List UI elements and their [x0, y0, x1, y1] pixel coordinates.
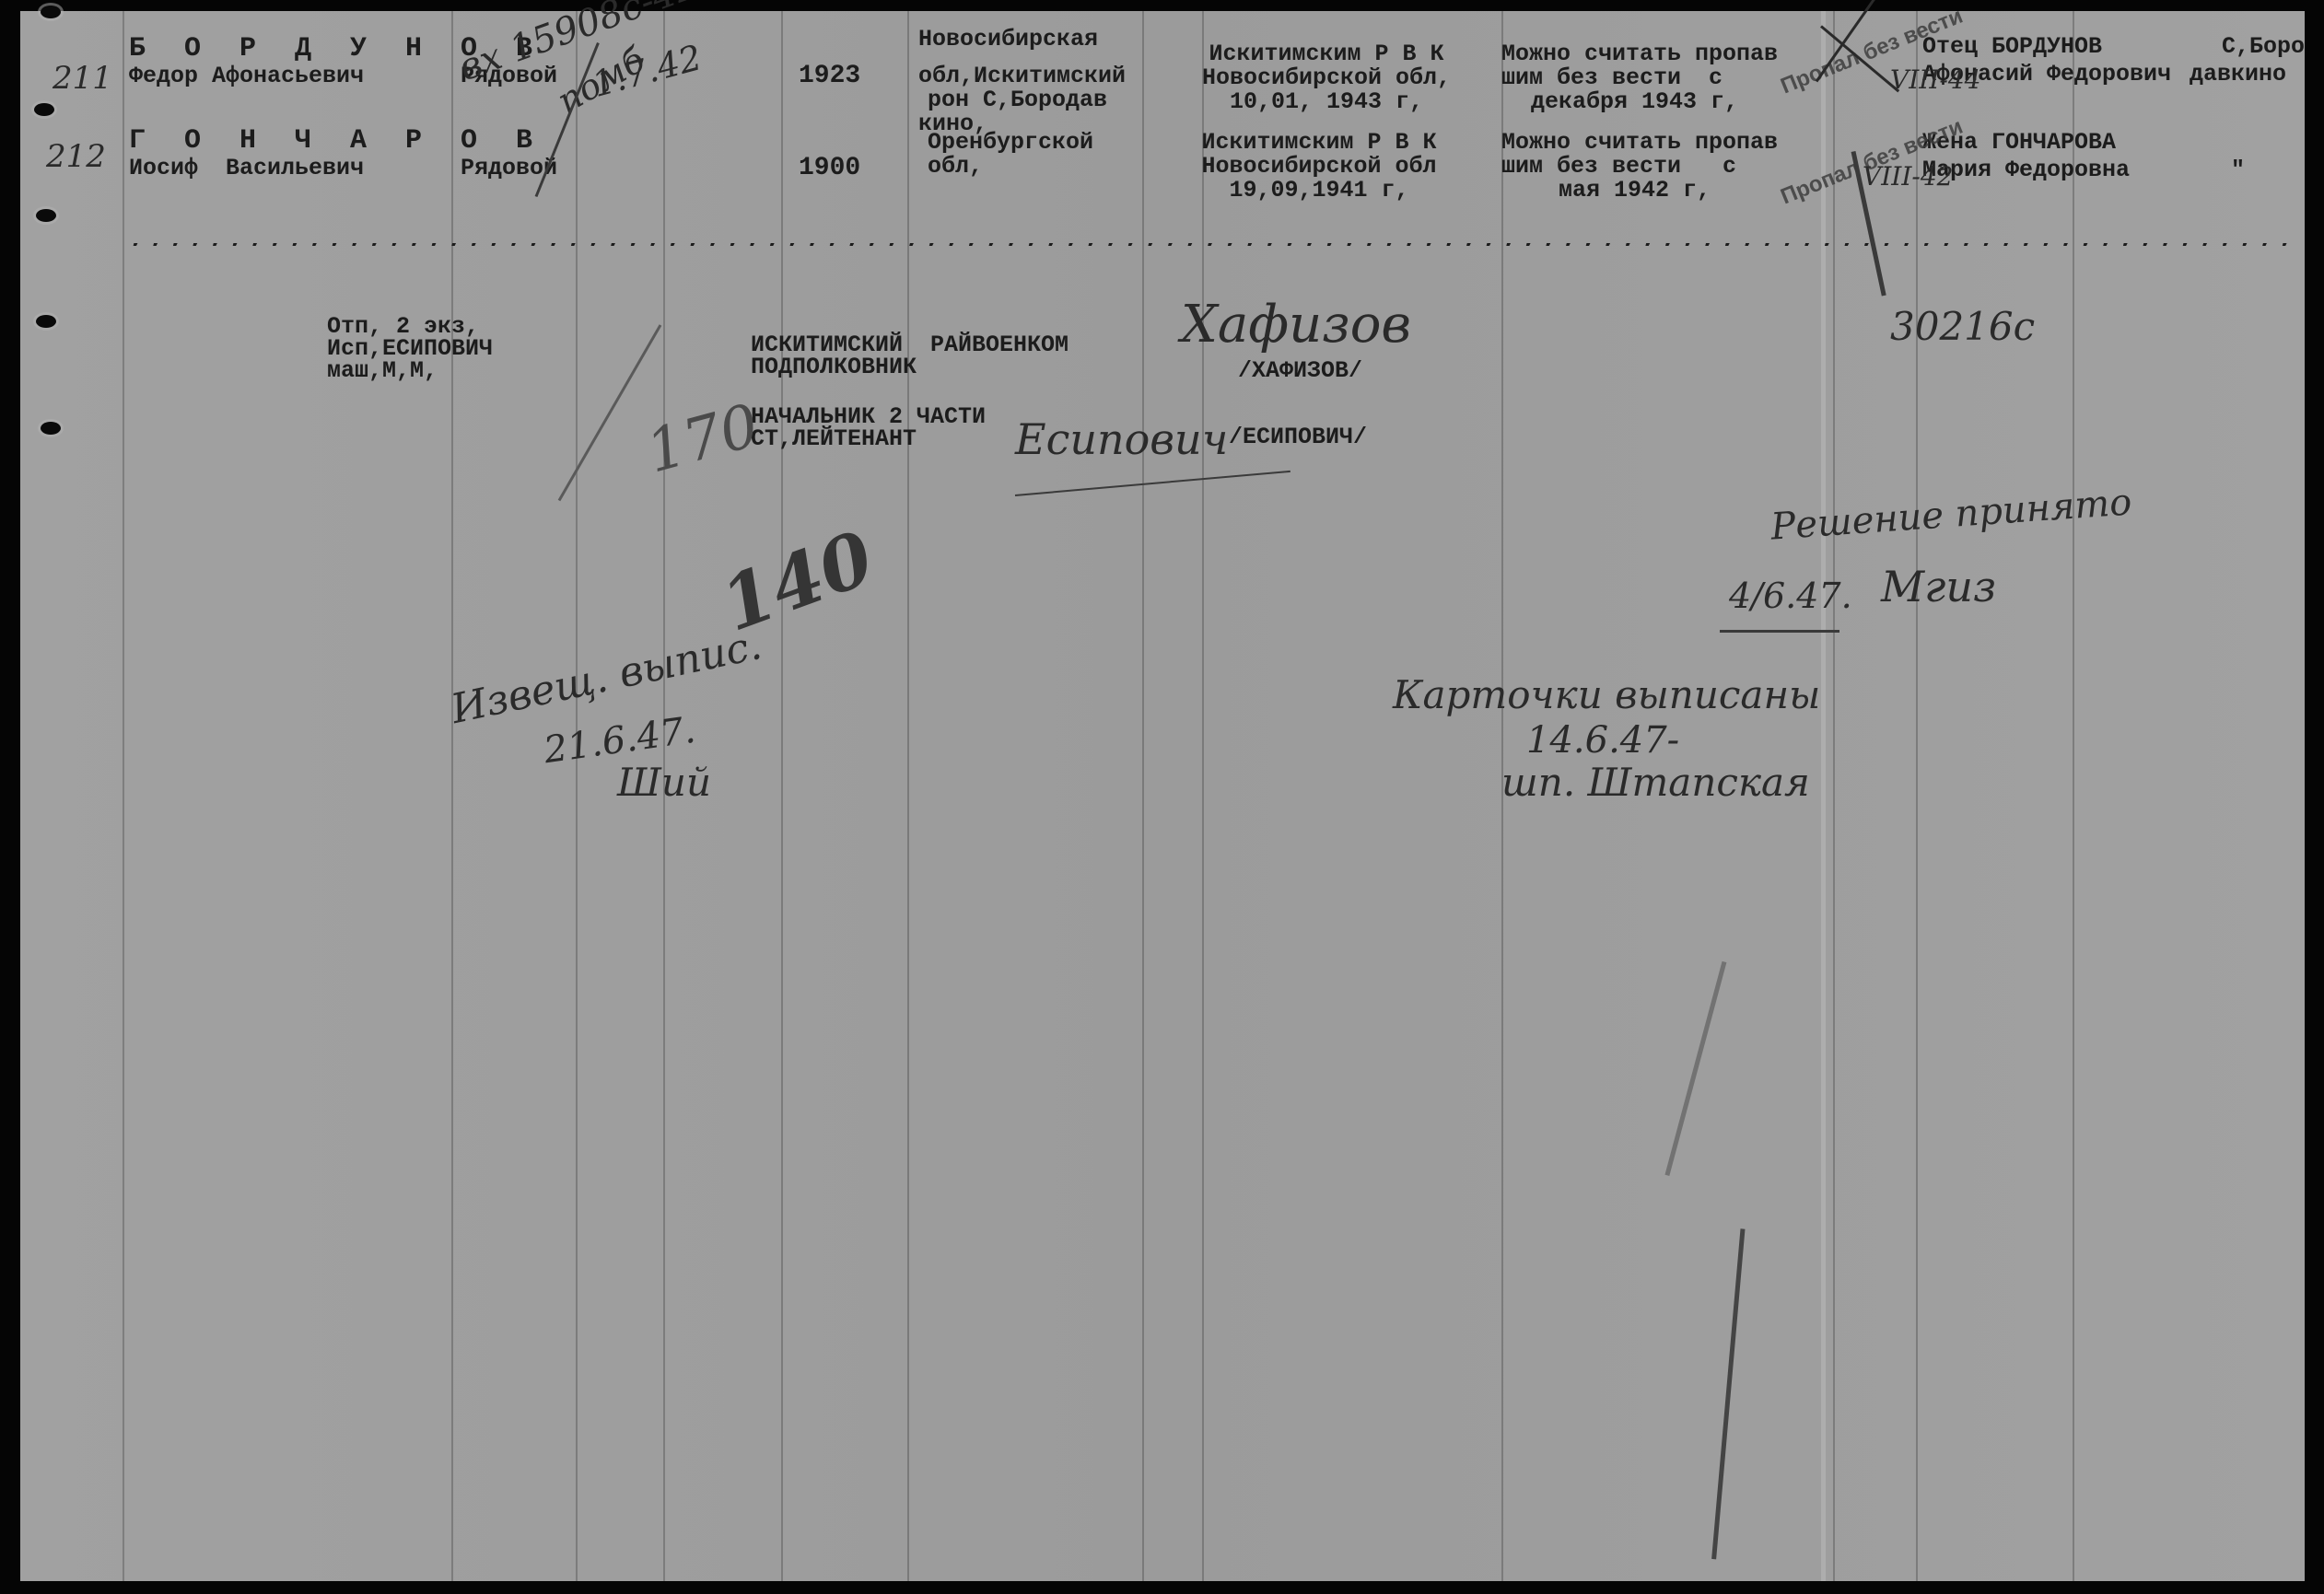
cards-line: 14.6.47- [1526, 720, 1679, 761]
relative-address: " [2231, 158, 2245, 182]
drafted-by-line: 19,09,1941 г, [1153, 179, 1485, 203]
column-rule [576, 11, 578, 1581]
signature: Есипович [1015, 416, 1228, 463]
surname: Г О Н Ч А Р О В [129, 129, 543, 153]
pencil-stroke [558, 324, 662, 501]
decision-signature: Мгиз [1881, 564, 1996, 611]
signatory-title: СТ,ЛЕЙТЕНАНТ [751, 427, 917, 451]
status-line: Можно считать пропав [1501, 131, 1778, 155]
status-line: декабря 1943 г, [1531, 90, 1738, 114]
relative-line: Отец БОРДУНОВ [1922, 35, 2102, 59]
status-line: шим без вести с [1501, 155, 1736, 179]
notice-line: Ший [617, 762, 711, 804]
notice-line: Извещ. выпис. [448, 623, 765, 733]
column-rule [1202, 11, 1204, 1581]
relative-address: С,Боро [2222, 35, 2305, 59]
column-rule [781, 11, 783, 1581]
column-rule [123, 11, 124, 1581]
given-names: Федор Афонасьевич [129, 64, 364, 88]
signature: Хафизов [1181, 297, 1411, 354]
document-page: 211 Б О Р Д У Н О В Федор Афонасьевич Ря… [20, 11, 2305, 1581]
drafted-by-line: Искитимским Р В К [1161, 42, 1492, 66]
copies-line: маш,М,М, [327, 359, 438, 383]
signatory-name: /ЕСИПОВИЧ/ [1229, 425, 1367, 449]
status-line: Можно считать пропав [1501, 42, 1778, 66]
punch-hole [41, 422, 61, 435]
row-index: 212 [46, 140, 106, 174]
punch-hole [36, 315, 56, 328]
row-separator: ,,,,,,,,,,,,,,,,,,,,,,,,,,,,,,,,,,,,,,,,… [129, 235, 2294, 246]
column-rule [1916, 11, 1918, 1581]
drafted-by-line: Новосибирской обл, [1161, 66, 1492, 90]
relative-line: Мария Федоровна [1922, 158, 2130, 182]
decision-date: 4/6.47. [1729, 577, 1852, 616]
cards-line: шп. Штапская [1501, 762, 1810, 804]
signatory-title: ПОДПОЛКОВНИК [751, 355, 917, 379]
cards-line: Карточки выписаны [1393, 674, 1820, 716]
smudge-mark [1664, 961, 1726, 1176]
column-rule [451, 11, 453, 1581]
punch-hole [41, 6, 61, 18]
drafted-by-line: Искитимским Р В К [1153, 131, 1485, 155]
birthplace-line: Новосибирская [918, 28, 1098, 52]
column-rule [2073, 11, 2074, 1581]
drafted-by-line: 10,01, 1943 г, [1161, 90, 1492, 114]
birth-year: 1900 [799, 157, 860, 180]
status-line: мая 1942 г, [1559, 179, 1711, 203]
stamp-date: VIII-44 [1890, 66, 1981, 95]
paper-fold [1821, 11, 1826, 1581]
drafted-by-line: Новосибирской обл [1153, 155, 1485, 179]
signature-underline [1015, 471, 1290, 496]
column-rule [907, 11, 909, 1581]
column-rule [1833, 11, 1835, 1581]
handwritten-note: 1.7.42 [589, 39, 707, 105]
birthplace-line: рон С,Бородав [928, 88, 1107, 112]
date-underline [1720, 630, 1839, 633]
status-line: шим без вести с [1501, 66, 1723, 90]
archive-number: 30216с [1890, 306, 2035, 348]
signatory-name: /ХАФИЗОВ/ [1238, 359, 1362, 383]
birthplace-line: обл, [928, 155, 983, 179]
relative-address: давкино [2190, 63, 2286, 87]
pencil-number: 170 [640, 393, 765, 485]
birthplace-line: Оренбургской [928, 131, 1093, 155]
given-names: Иосиф Васильевич [129, 157, 364, 180]
stamp-date: VIII-42 [1863, 163, 1954, 192]
birth-year: 1923 [799, 64, 860, 88]
birthplace-line: обл,Искитимский [918, 64, 1126, 88]
pencil-stroke [1711, 1228, 1745, 1559]
punch-hole [34, 103, 54, 116]
punch-hole [36, 209, 56, 222]
column-rule [1142, 11, 1144, 1581]
row-index: 211 [53, 62, 112, 96]
